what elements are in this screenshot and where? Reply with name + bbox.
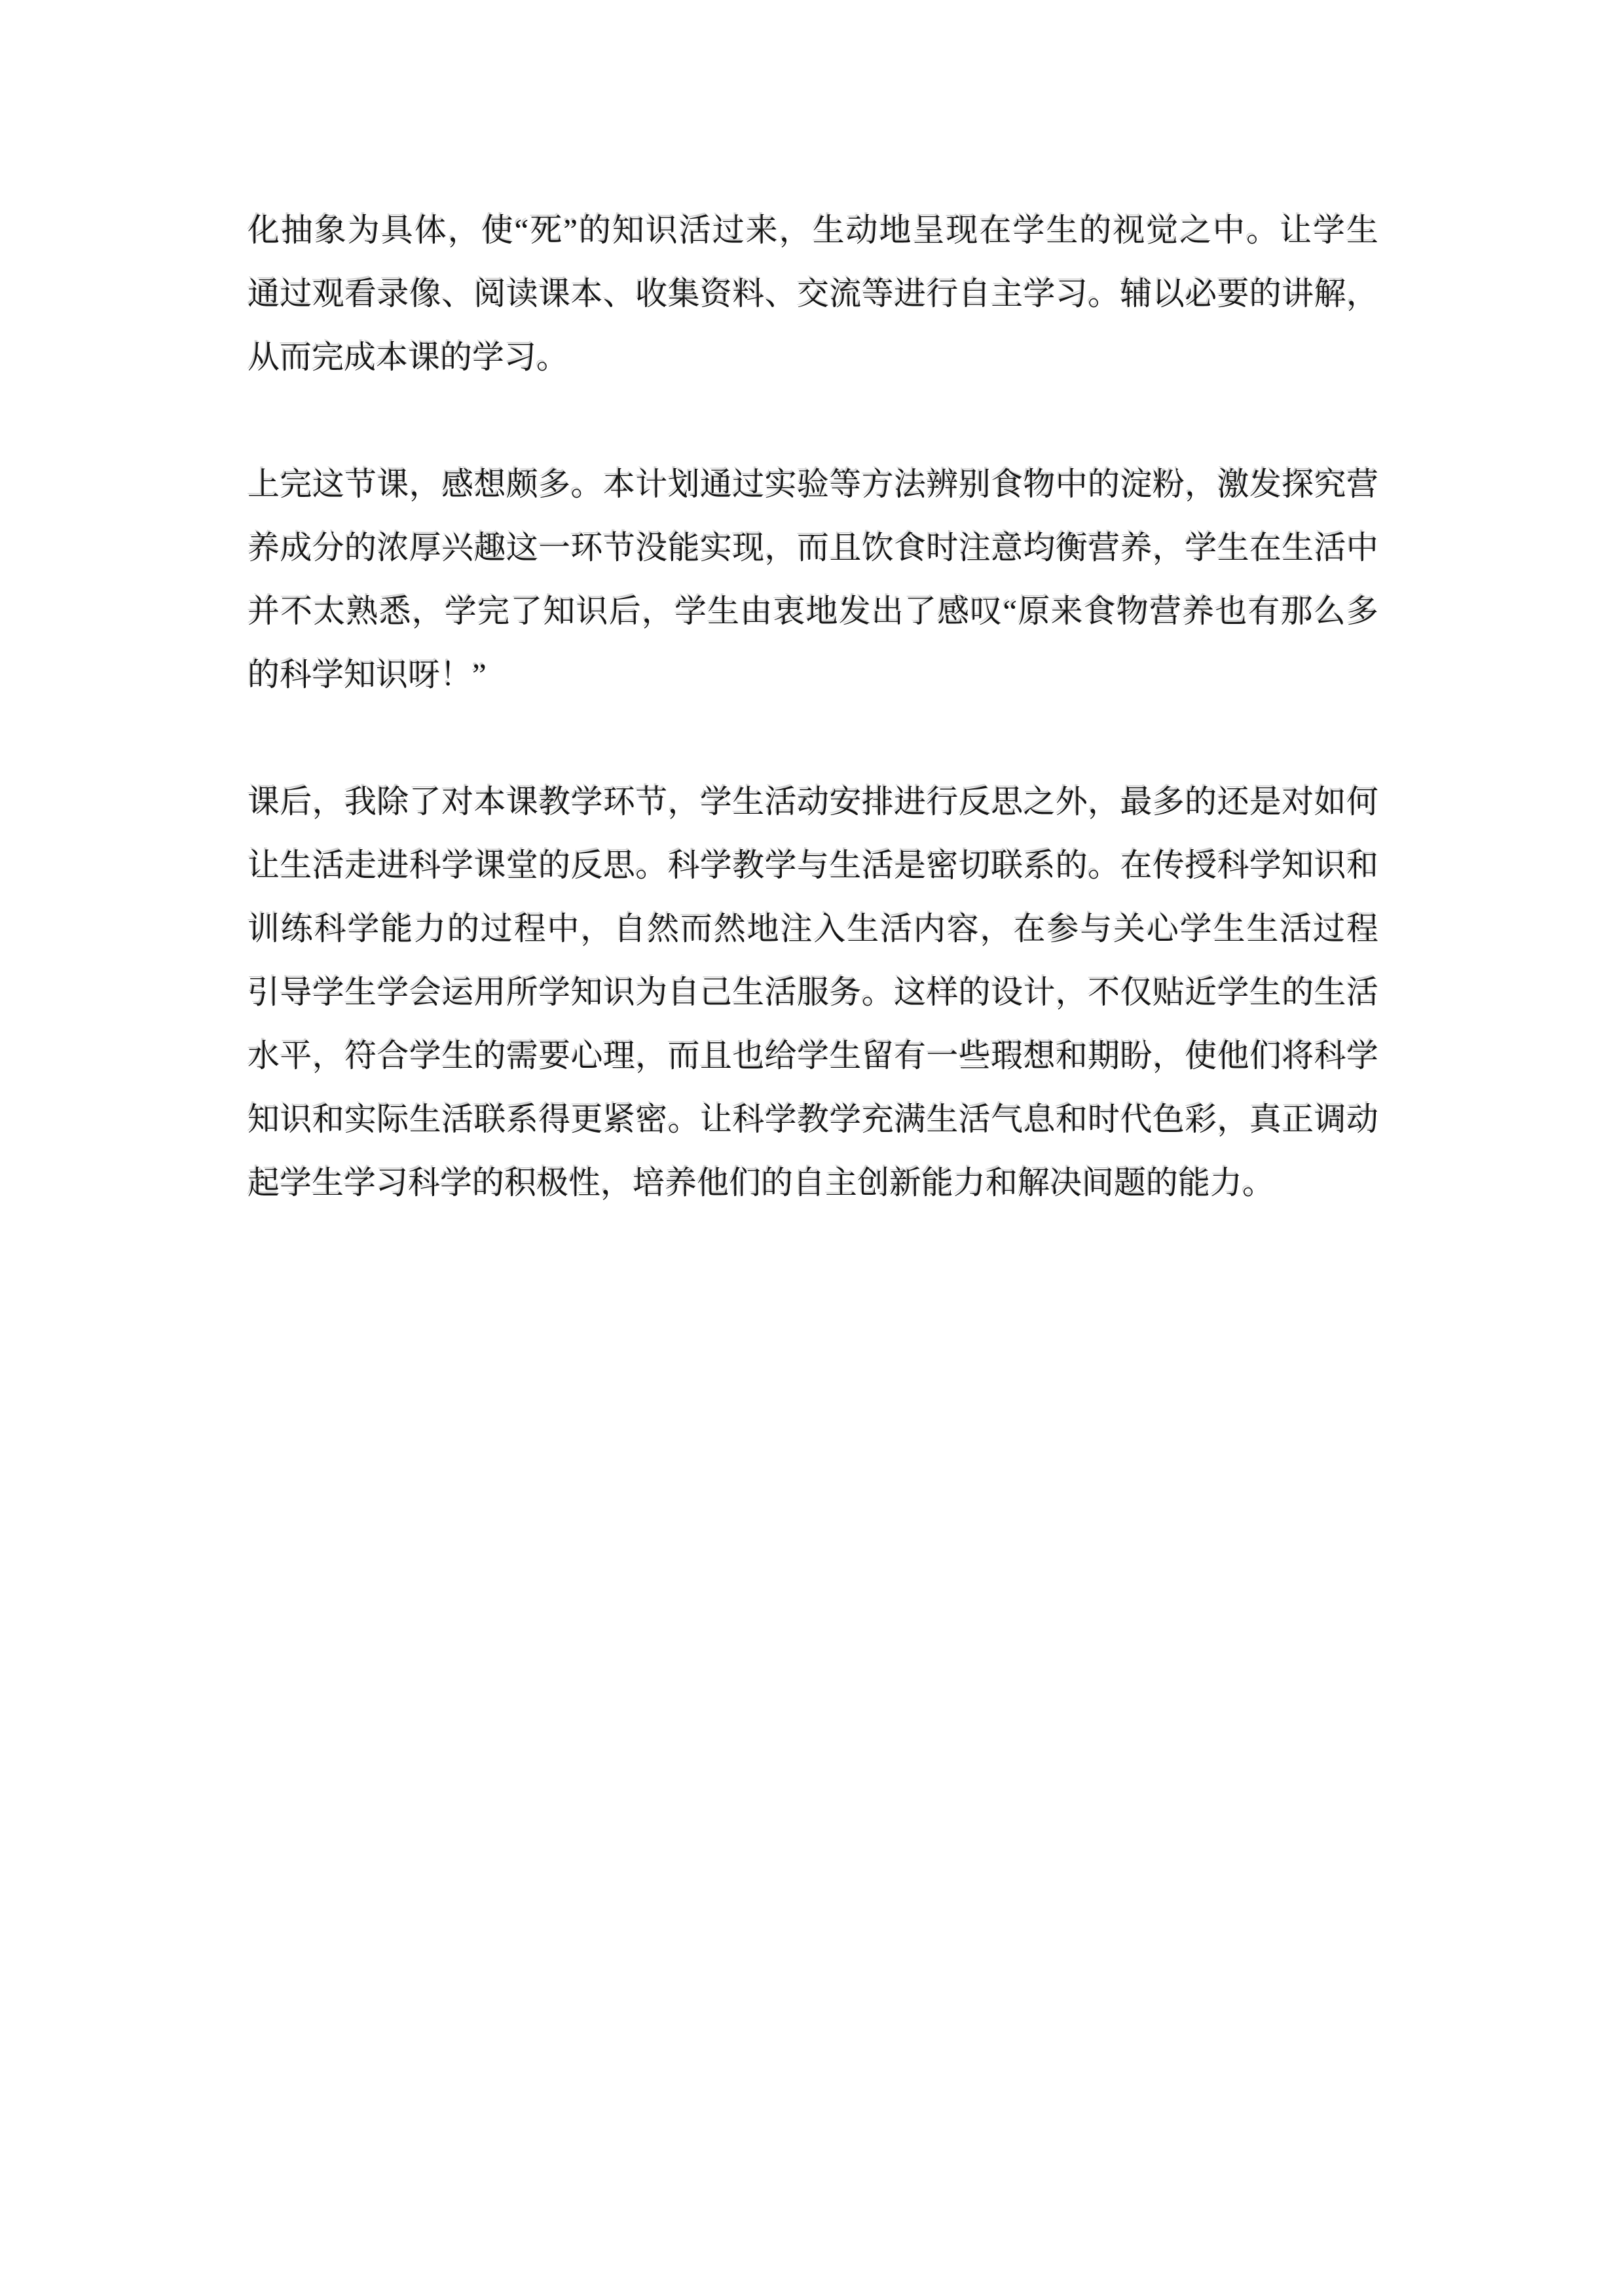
- text-line: 训练科学能力的过程中，自然而然地注入生活内容，在参与关心学生生活过程中，: [248, 897, 1378, 960]
- text-line: 引导学生学会运用所学知识为自己生活服务。这样的设计，不仅贴近学生的生活: [248, 960, 1378, 1024]
- text-line: 水平，符合学生的需要心理，而且也给学生留有一些瑕想和期盼，使他们将科学: [248, 1024, 1378, 1087]
- text-line: 从而完成本课的学习。: [248, 325, 1378, 389]
- text-line: 知识和实际生活联系得更紧密。让科学教学充满生活气息和时代色彩，真正调动: [248, 1087, 1378, 1151]
- text-line: 通过观看录像、阅读课本、收集资料、交流等进行自主学习。辅以必要的讲解，: [248, 262, 1378, 325]
- text-line: 课后，我除了对本课教学环节，学生活动安排进行反思之外，最多的还是对如何: [248, 770, 1378, 833]
- text-line: 上完这节课，感想颇多。本计划通过实验等方法辨别食物中的淀粉，激发探究营: [248, 452, 1378, 516]
- text-line: 并不太熟悉，学完了知识后，学生由衷地发出了感叹“原来食物营养也有那么多: [248, 579, 1378, 643]
- text-line: 化抽象为具体，使“死”的知识活过来，生动地呈现在学生的视觉之中。让学生: [248, 198, 1378, 262]
- text-line: 让生活走进科学课堂的反思。科学教学与生活是密切联系的。在传授科学知识和: [248, 833, 1378, 897]
- text-line: 起学生学习科学的积极性，培养他们的自主创新能力和解决间题的能力。: [248, 1151, 1378, 1214]
- document-text: 化抽象为具体，使“死”的知识活过来，生动地呈现在学生的视觉之中。让学生通过观看录…: [248, 198, 1378, 1214]
- paragraph: 上完这节课，感想颇多。本计划通过实验等方法辨别食物中的淀粉，激发探究营养成分的浓…: [248, 452, 1378, 706]
- text-line: 养成分的浓厚兴趣这一环节没能实现，而且饮食时注意均衡营养，学生在生活中: [248, 516, 1378, 579]
- text-line: 的科学知识呀！”: [248, 643, 1378, 706]
- document-page: 化抽象为具体，使“死”的知识活过来，生动地呈现在学生的视觉之中。让学生通过观看录…: [0, 0, 1624, 2296]
- paragraph: 化抽象为具体，使“死”的知识活过来，生动地呈现在学生的视觉之中。让学生通过观看录…: [248, 198, 1378, 389]
- paragraph: 课后，我除了对本课教学环节，学生活动安排进行反思之外，最多的还是对如何让生活走进…: [248, 770, 1378, 1214]
